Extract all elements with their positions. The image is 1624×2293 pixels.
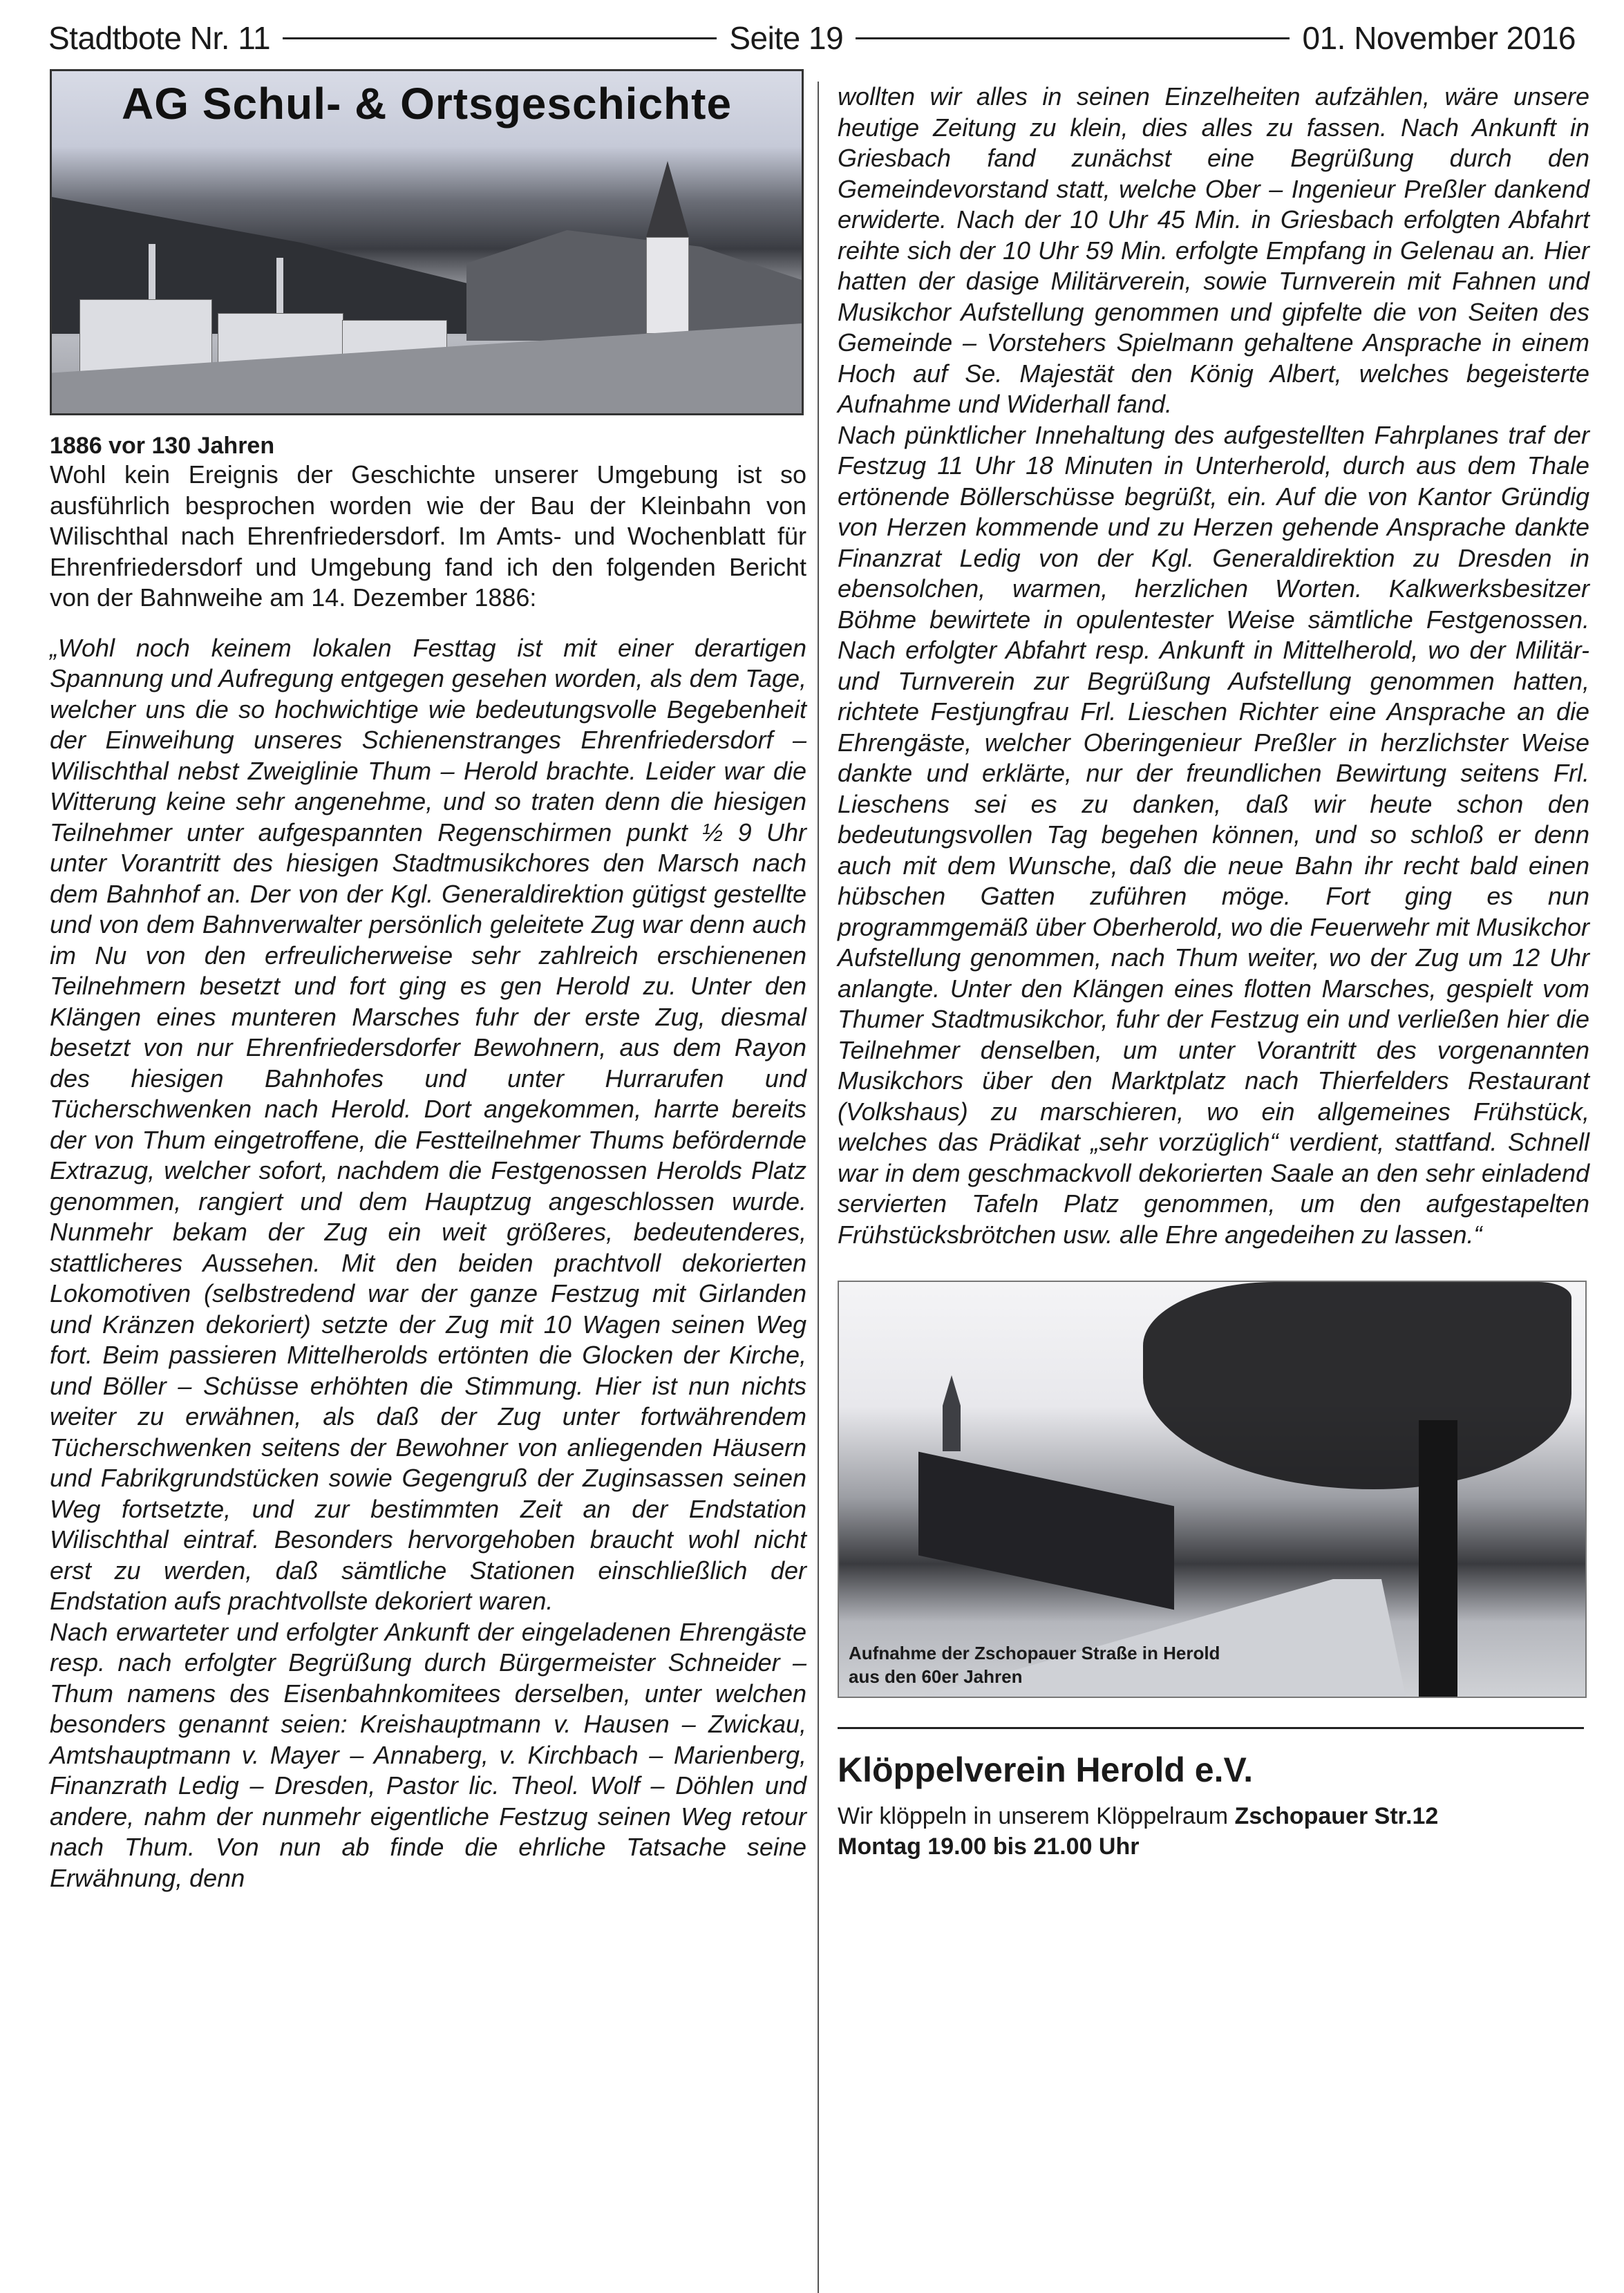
article-quote: Nach erwarteter und erfolgter Ankunft de…: [50, 1617, 806, 1894]
club-hours: Montag 19.00 bis 21.00 Uhr: [838, 1833, 1589, 1860]
article-intro: Wohl kein Ereignis der Geschichte unsere…: [50, 460, 806, 614]
photo-caption: Aufnahme der Zschopauer Straße in Herold…: [849, 1641, 1220, 1688]
right-column: wollten wir alles in seinen Einzelheiten…: [838, 82, 1589, 1860]
issue-date: 01. November 2016: [1302, 19, 1576, 57]
page-number: Seite 19: [729, 19, 843, 57]
page-header: Stadtbote Nr. 11 Seite 19 01. November 2…: [48, 14, 1576, 62]
hill-shape: [466, 230, 802, 341]
caption-line: Aufnahme der Zschopauer Straße in Herold: [849, 1641, 1220, 1665]
header-rule: [283, 37, 717, 39]
header-rule: [856, 37, 1290, 39]
left-column: AG Schul- & Ortsgeschichte 1886 vor 130 …: [50, 69, 806, 1894]
tree-trunk: [1419, 1420, 1457, 1697]
article-quote: wollten wir alles in seinen Einzelheiten…: [838, 82, 1589, 420]
club-location: Wir klöppeln in unserem Klöppelraum Zsch…: [838, 1802, 1589, 1830]
hero-image-village: AG Schul- & Ortsgeschichte: [50, 69, 804, 415]
club-location-text: Wir klöppeln in unserem Klöppelraum: [838, 1803, 1234, 1829]
publication-name: Stadtbote Nr. 11: [48, 19, 270, 57]
tree-crown: [1143, 1282, 1571, 1489]
article-kicker: 1886 vor 130 Jahren: [50, 432, 806, 460]
section-title: AG Schul- & Ortsgeschichte: [52, 78, 802, 129]
article-quote: „Wohl noch keinem lokalen Festtag ist mi…: [50, 633, 806, 1617]
section-divider: [838, 1727, 1584, 1729]
caption-line: aus den 60er Jahren: [849, 1665, 1220, 1688]
church-spire: [943, 1375, 961, 1451]
photo-zschopauer-strasse: Aufnahme der Zschopauer Straße in Herold…: [838, 1281, 1587, 1698]
train: [918, 1452, 1174, 1610]
article-quote: Nach pünktlicher Innehaltung des aufgest…: [838, 420, 1589, 1251]
club-address: Zschopauer Str.12: [1234, 1803, 1438, 1829]
column-divider: [818, 82, 819, 2293]
church-tower: [646, 161, 689, 334]
club-title: Klöppelverein Herold e.V.: [838, 1750, 1589, 1790]
